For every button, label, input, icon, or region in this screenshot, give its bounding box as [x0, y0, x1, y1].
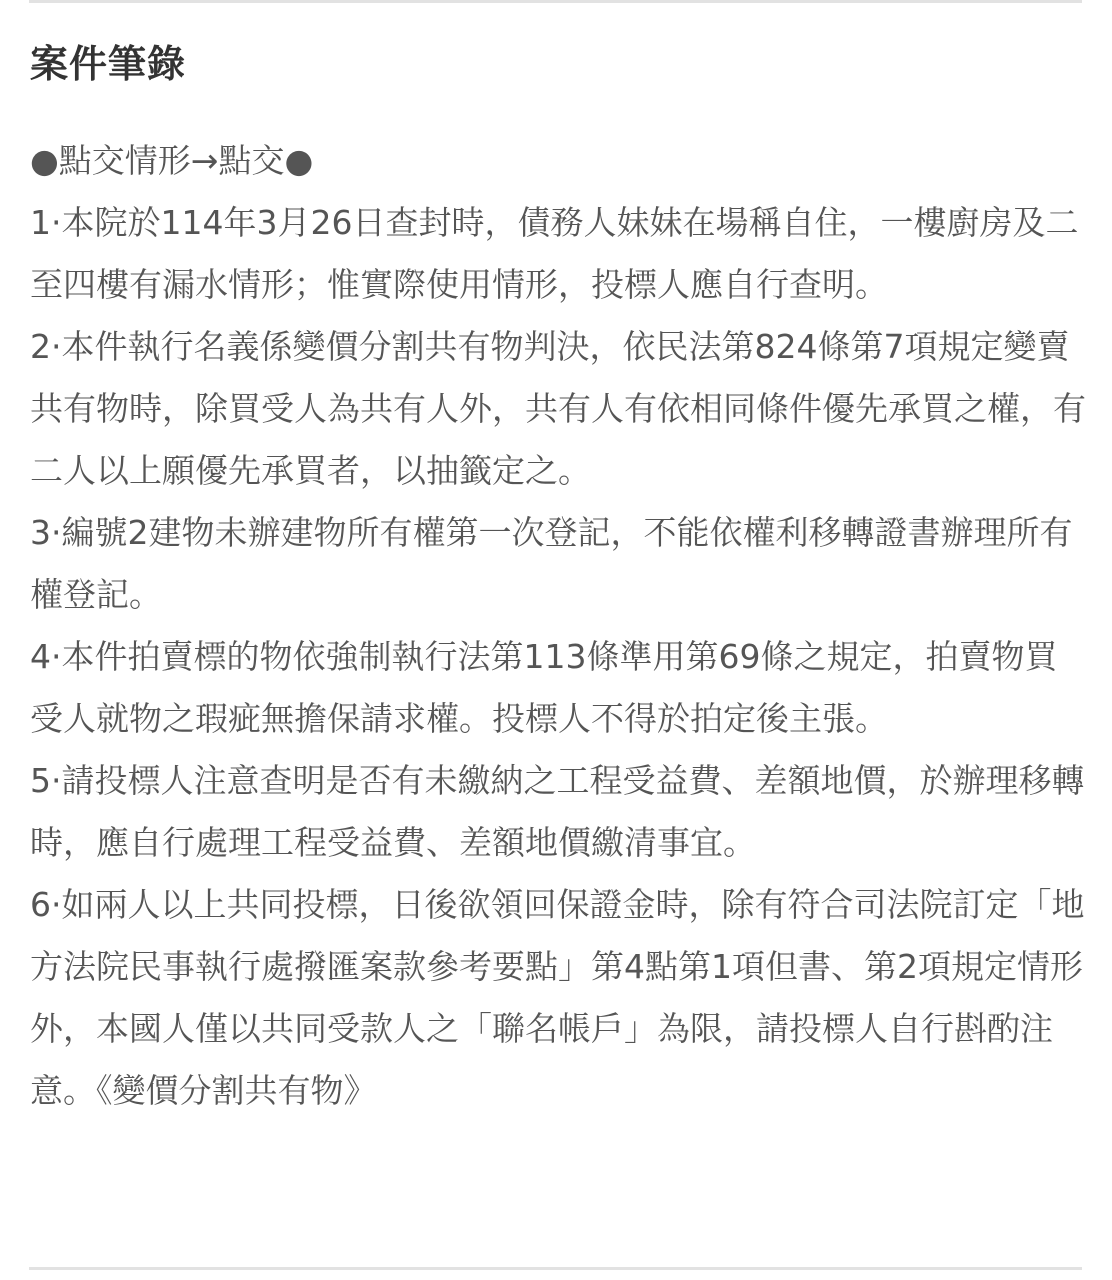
note-item-4: 4·本件拍賣標的物依強制執行法第113條準用第69條之規定，拍賣物買受人就物之瑕…: [30, 626, 1090, 750]
note-item-6: 6·如兩人以上共同投標，日後欲領回保證金時，除有符合司法院訂定「地方法院民事執行…: [30, 874, 1090, 1122]
note-item-3: 3·編號2建物未辦建物所有權第一次登記，不能依權利移轉證書辦理所有權登記。: [30, 502, 1090, 626]
case-notes-body: ●點交情形→點交● 1·本院於114年3月26日查封時，債務人妹妹在場稱自住，一…: [30, 130, 1090, 1122]
top-divider: [29, 0, 1082, 3]
handover-status-heading: ●點交情形→點交●: [30, 130, 1090, 192]
case-notes-section: 案件筆錄 ●點交情形→點交● 1·本院於114年3月26日查封時，債務人妹妹在場…: [30, 38, 1090, 1122]
note-item-5: 5·請投標人注意查明是否有未繳納之工程受益費、差額地價，於辦理移轉時，應自行處理…: [30, 750, 1090, 874]
note-item-1: 1·本院於114年3月26日查封時，債務人妹妹在場稱自住，一樓廚房及二至四樓有漏…: [30, 192, 1090, 316]
section-title: 案件筆錄: [30, 38, 1090, 90]
bottom-divider: [29, 1267, 1082, 1270]
note-item-2: 2·本件執行名義係變價分割共有物判決，依民法第824條第7項規定變賣共有物時，除…: [30, 316, 1090, 502]
